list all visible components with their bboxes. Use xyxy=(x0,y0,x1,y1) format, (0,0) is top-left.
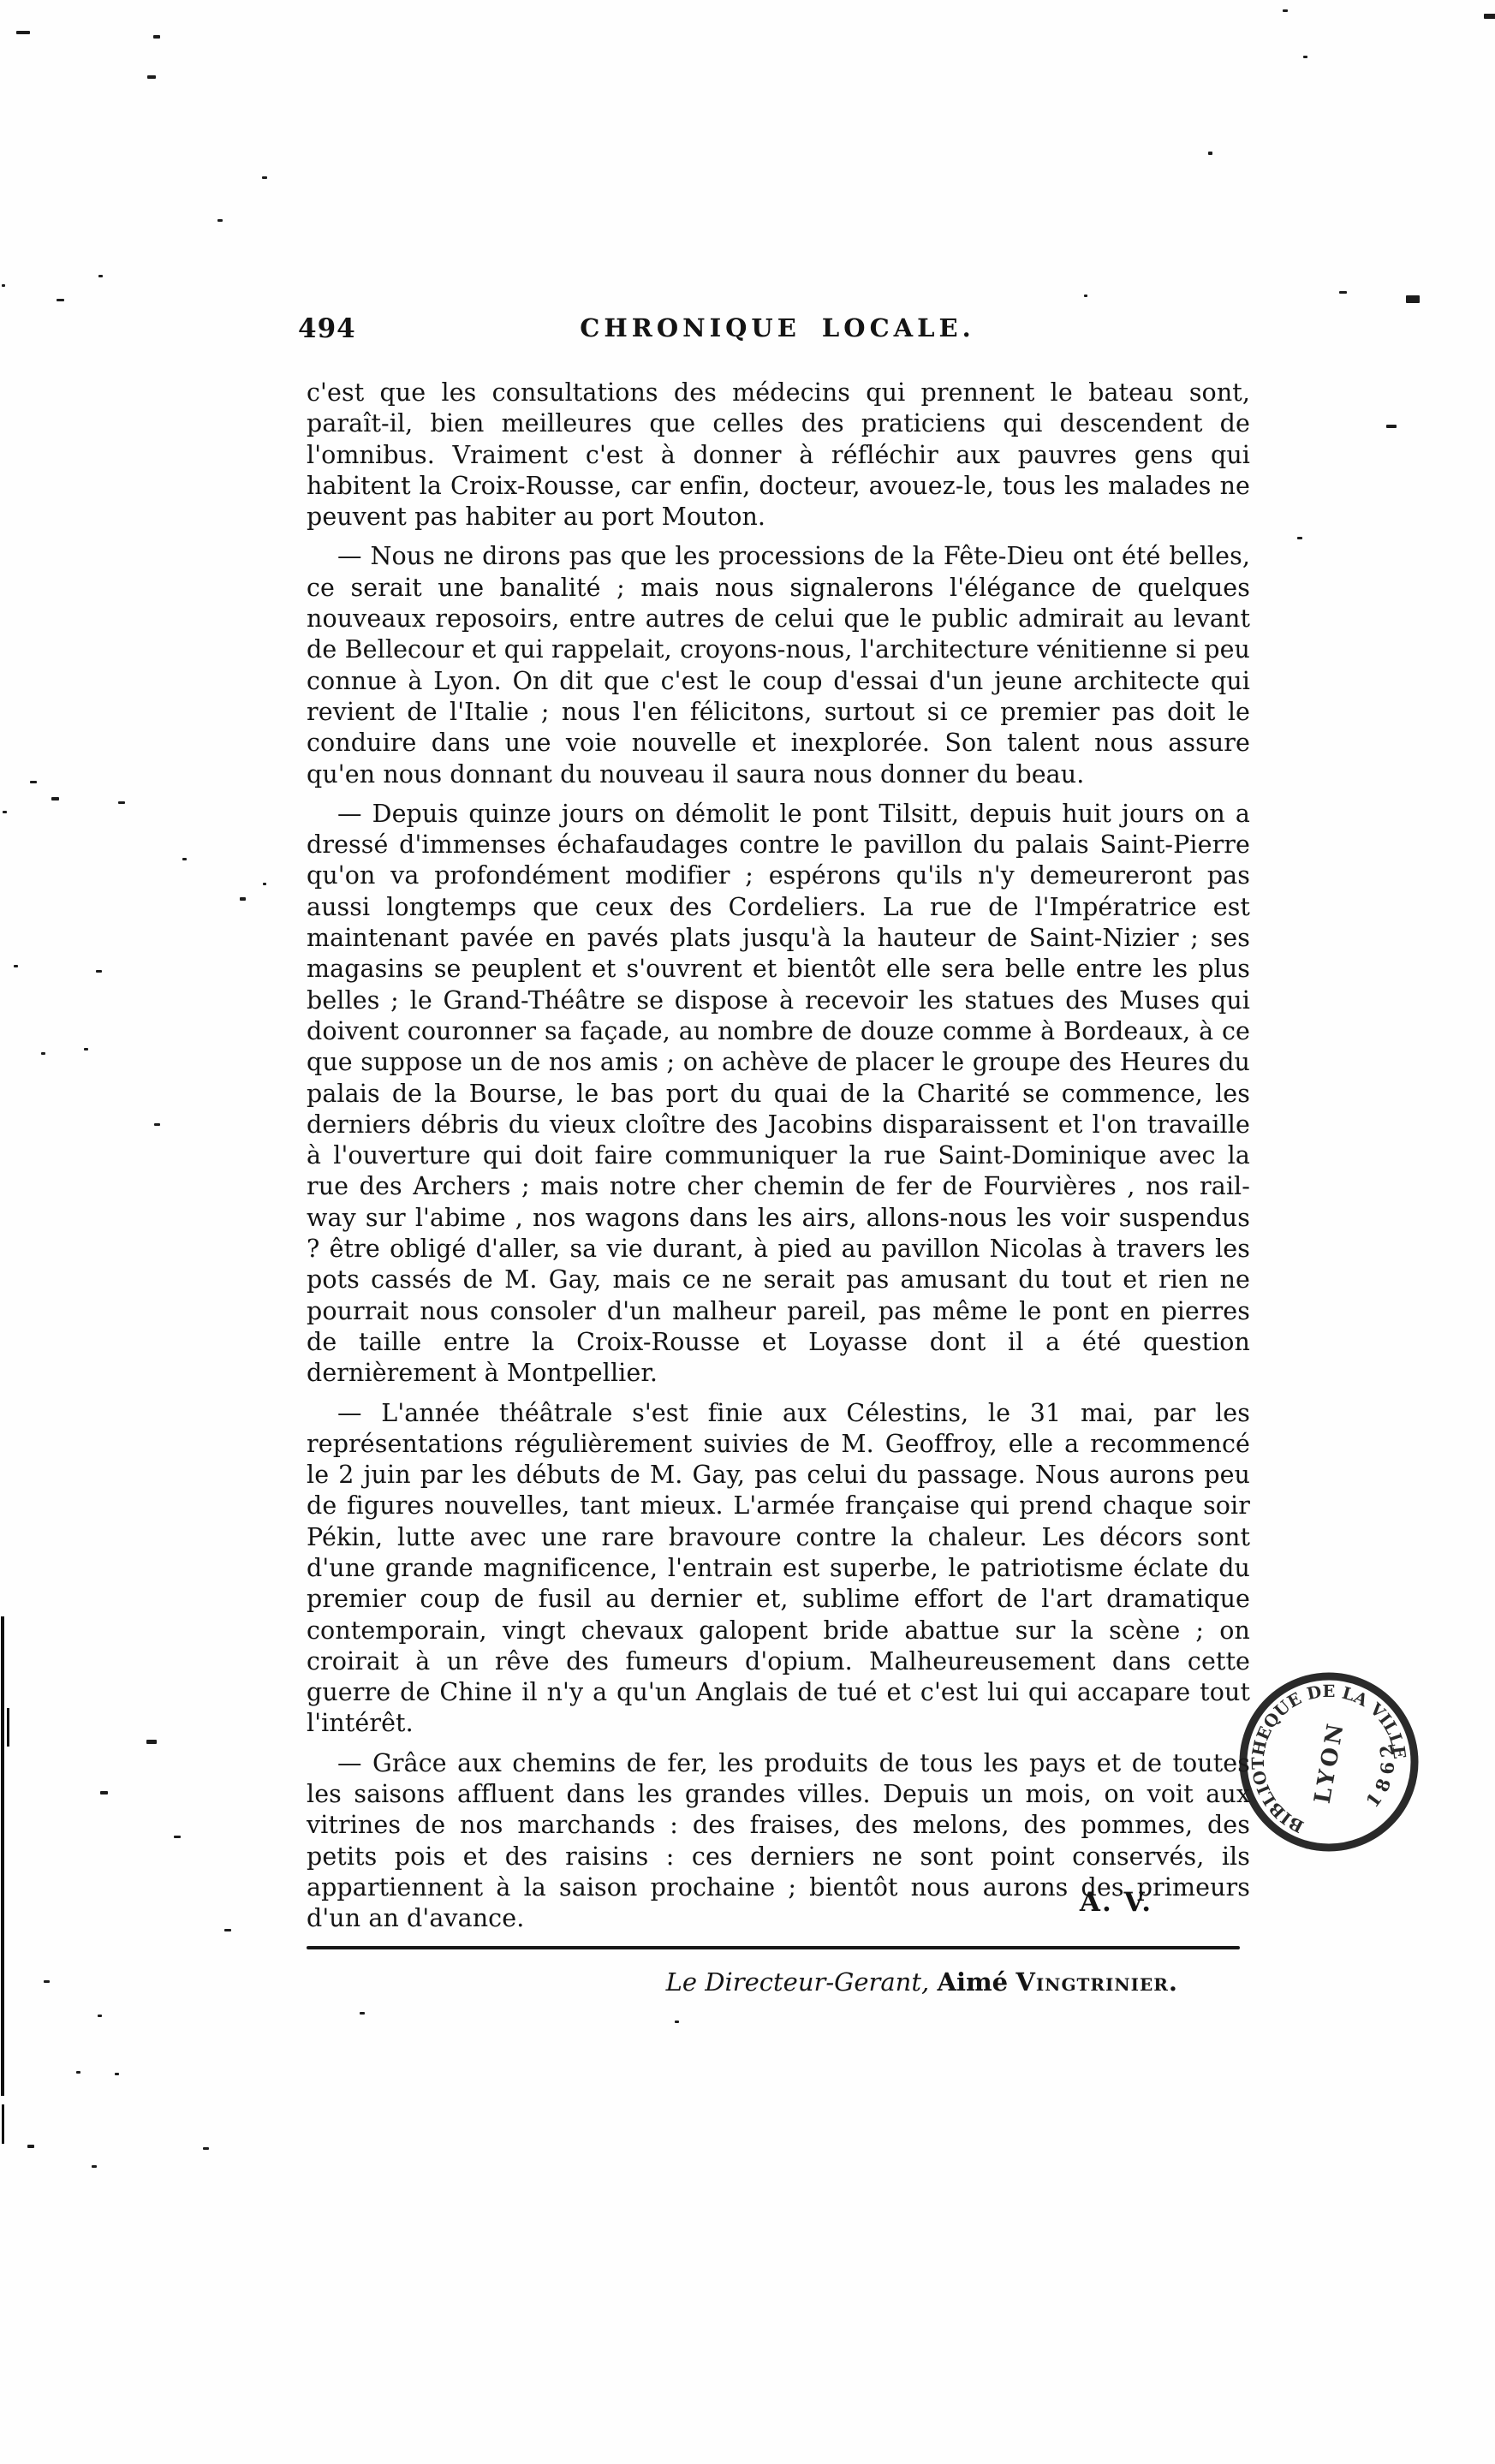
scan-speck xyxy=(1084,295,1087,297)
scan-speck xyxy=(263,883,266,885)
scan-speck xyxy=(92,2165,97,2168)
running-title: CHRONIQUE LOCALE. xyxy=(307,313,1248,342)
author-initials: A. V. xyxy=(1080,1887,1153,1918)
scan-speck xyxy=(16,31,30,34)
paragraph-3: — Depuis quinze jours on démolit le pont… xyxy=(307,799,1250,1390)
scan-speck xyxy=(675,2021,679,2023)
scan-speck xyxy=(1484,14,1495,19)
scan-speck xyxy=(115,2073,119,2075)
footer-rule xyxy=(307,1946,1240,1949)
scan-speck xyxy=(27,2145,34,2148)
scan-speck xyxy=(118,801,125,804)
scan-speck xyxy=(1406,295,1420,303)
page-header: 494 CHRONIQUE LOCALE. xyxy=(307,313,1248,348)
paragraph-4: — L'année théâtrale s'est finie aux Céle… xyxy=(307,1398,1250,1740)
scan-speck xyxy=(153,35,160,39)
scan-speck xyxy=(182,858,187,860)
imprint-line: Le Directeur-Gerant, Aimé Vingtrinier. xyxy=(307,1967,1240,1997)
scan-speck xyxy=(96,970,102,973)
director-label: Le Directeur-Gerant, xyxy=(666,1967,930,1997)
library-stamp: BIBLIOTHEQUE DE LA VILLE 1862 LYON xyxy=(1231,1664,1427,1860)
scan-speck xyxy=(76,2071,80,2074)
scanned-page: 494 CHRONIQUE LOCALE. c'est que les cons… xyxy=(0,0,1495,2464)
scan-speck xyxy=(41,1052,45,1055)
scan-speck xyxy=(57,299,64,301)
stamp-center-text: LYON xyxy=(1310,1719,1349,1806)
paragraph-1: c'est que les consultations des médecins… xyxy=(307,378,1250,533)
scan-speck xyxy=(217,219,223,222)
scan-speck xyxy=(51,797,59,801)
scan-speck xyxy=(240,897,246,901)
scan-speck xyxy=(262,176,267,179)
scan-speck xyxy=(360,2012,365,2015)
stamp-year-text: 1862 xyxy=(1361,1735,1399,1812)
scan-edge-artifact xyxy=(1,1616,4,2096)
scan-speck xyxy=(98,275,103,277)
scan-speck xyxy=(2,284,5,287)
scan-edge-artifact xyxy=(2,2104,4,2144)
paragraph-2: — Nous ne dirons pas que les processions… xyxy=(307,541,1250,789)
scan-speck xyxy=(84,1048,88,1050)
page-number: 494 xyxy=(298,313,356,344)
director-first-name: Aimé xyxy=(937,1967,1008,1997)
scan-speck xyxy=(1283,9,1288,12)
scan-speck xyxy=(44,1980,50,1983)
scan-speck xyxy=(1386,425,1397,428)
scan-speck xyxy=(147,75,156,79)
scan-speck xyxy=(3,811,7,813)
scan-speck xyxy=(14,965,18,967)
director-last-name: Vingtrinier. xyxy=(1016,1967,1178,1997)
scan-speck xyxy=(100,1791,108,1794)
scan-speck xyxy=(1303,56,1307,58)
scan-speck xyxy=(98,2015,102,2017)
scan-speck xyxy=(1297,537,1302,539)
scan-speck xyxy=(1208,152,1212,155)
scan-speck xyxy=(30,781,37,783)
scan-speck xyxy=(224,1929,231,1931)
scan-edge-artifact xyxy=(7,1708,9,1747)
scan-speck xyxy=(174,1836,181,1838)
article-body: c'est que les consultations des médecins… xyxy=(307,378,1250,1943)
scan-speck xyxy=(1339,291,1347,294)
scan-speck xyxy=(203,2147,209,2150)
scan-speck xyxy=(146,1740,157,1744)
svg-text:1862: 1862 xyxy=(1361,1735,1399,1812)
scan-speck xyxy=(154,1123,160,1126)
